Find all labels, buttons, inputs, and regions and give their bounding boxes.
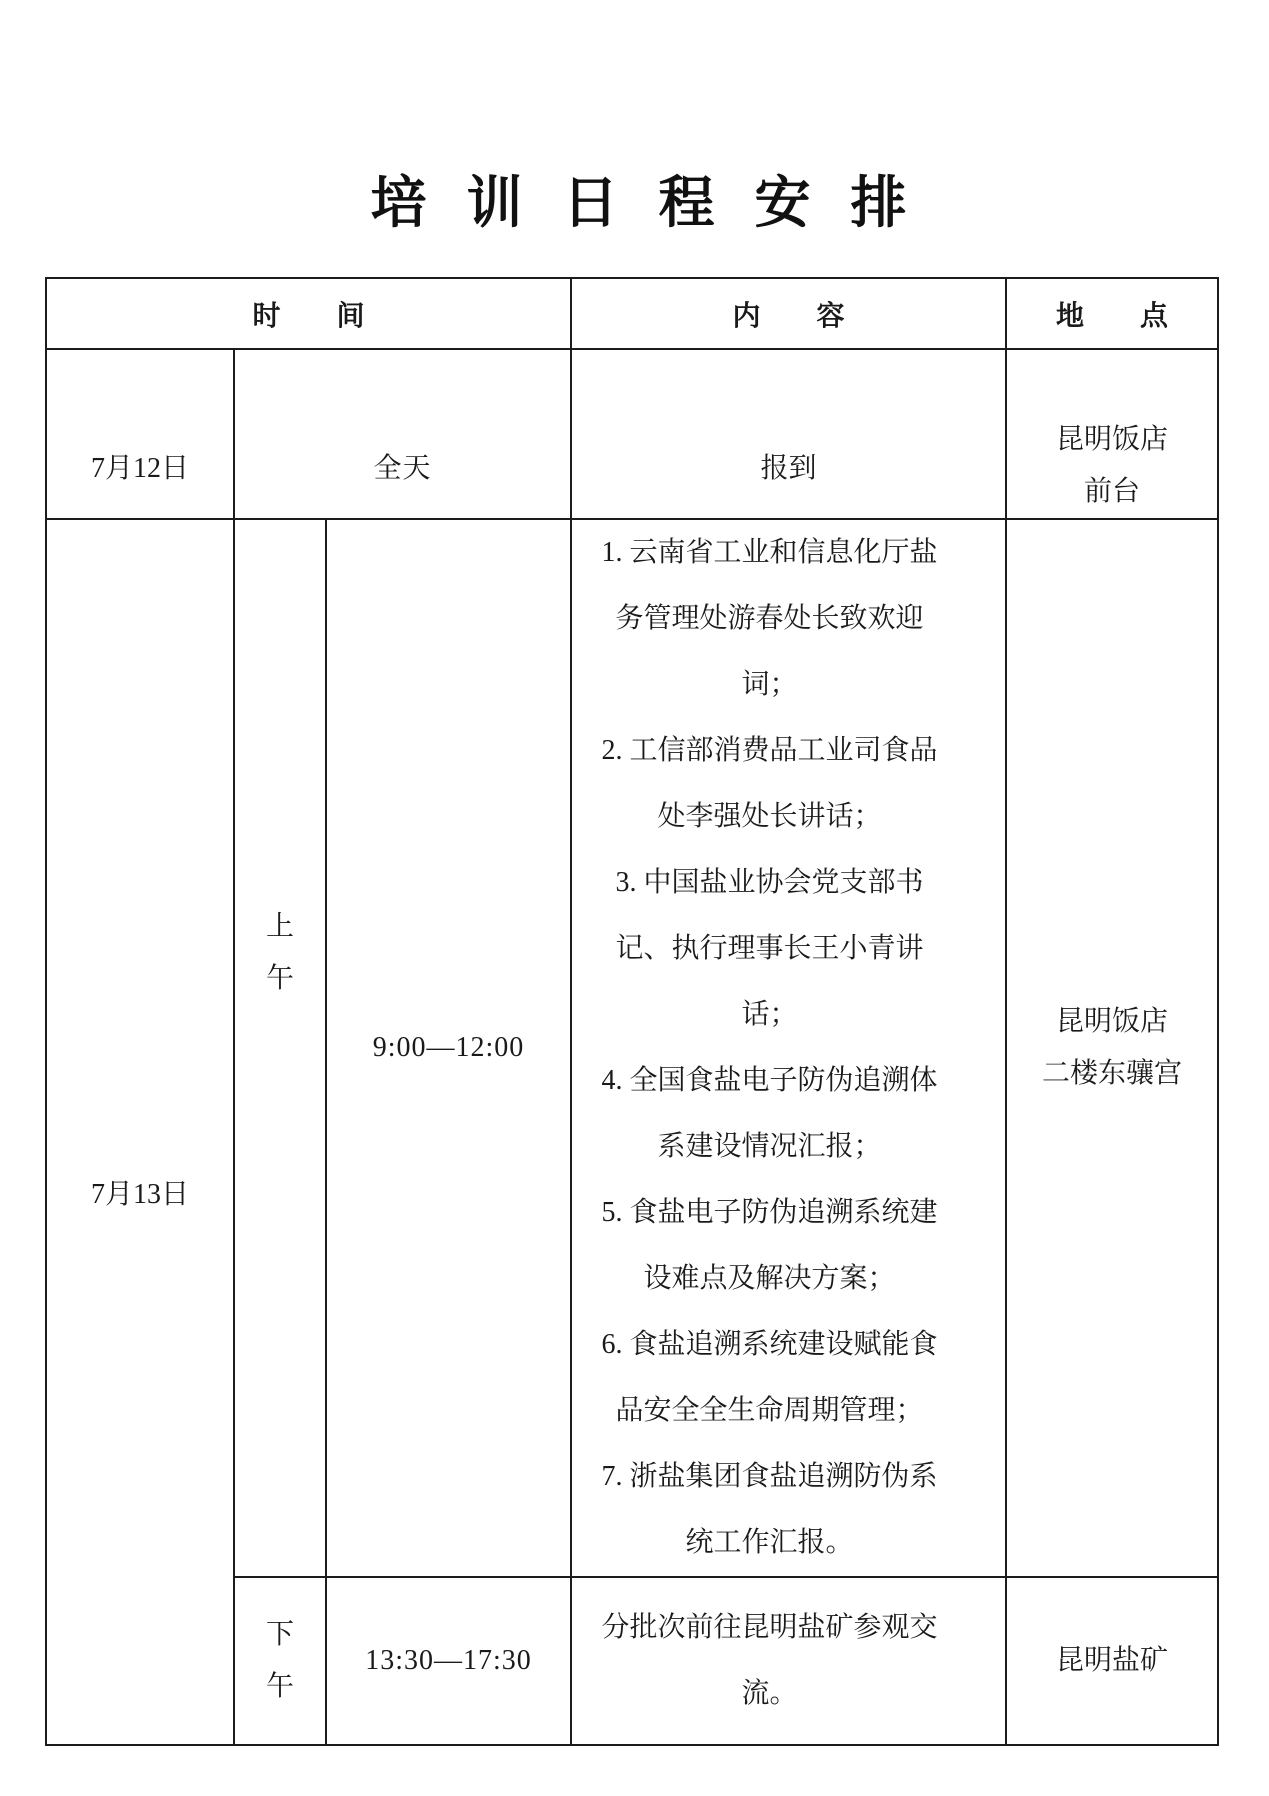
document-page: 培 训 日 程 安 排 时 间 内 容 地 点 7月12日 全天 报到 昆明饭店… (0, 0, 1269, 1796)
col-header-time: 时 间 (46, 278, 571, 349)
cell-location-afternoon: 昆明盐矿 (1006, 1577, 1218, 1745)
agenda-item-5: 5. 食盐电子防伪追溯系统建设难点及解决方案； (588, 1180, 951, 1312)
cell-date-july12: 7月12日 (46, 349, 234, 519)
cell-date-july13: 7月13日 (46, 519, 234, 1745)
agenda-item-7: 7. 浙盐集团食盐追溯防伪系统工作汇报。 (588, 1444, 951, 1576)
cell-period-morning: 上午 (234, 519, 326, 1577)
page-title: 培 训 日 程 安 排 (0, 172, 1269, 236)
location-line: 昆明饭店 (1007, 996, 1217, 1048)
cell-time-afternoon: 13:30—17:30 (326, 1577, 571, 1745)
cell-content-morning: 1. 云南省工业和信息化厅盐务管理处游春处长致欢迎词； 2. 工信部消费品工业司… (571, 519, 1006, 1577)
schedule-table: 时 间 内 容 地 点 7月12日 全天 报到 昆明饭店 前台 7月13日 上午… (45, 277, 1219, 1746)
period-afternoon-label: 下午 (263, 1609, 297, 1713)
cell-location-july12: 昆明饭店 前台 (1006, 349, 1218, 519)
period-morning-label: 上午 (263, 901, 297, 1005)
location-line: 昆明饭店 (1007, 414, 1217, 466)
col-header-location: 地 点 (1006, 278, 1218, 349)
table-header-row: 时 间 内 容 地 点 (46, 278, 1218, 349)
cell-period-afternoon: 下午 (234, 1577, 326, 1745)
agenda-item-6: 6. 食盐追溯系统建设赋能食品安全全生命周期管理； (588, 1312, 951, 1444)
row-july12: 7月12日 全天 报到 昆明饭店 前台 (46, 349, 1218, 519)
cell-content-checkin: 报到 (571, 349, 1006, 519)
cell-content-afternoon: 分批次前往昆明盐矿参观交流。 (571, 1577, 1006, 1745)
col-header-content: 内 容 (571, 278, 1006, 349)
row-july13-morning: 7月13日 上午 9:00—12:00 1. 云南省工业和信息化厅盐务管理处游春… (46, 519, 1218, 1577)
cell-time-allday: 全天 (234, 349, 571, 519)
agenda-item-1: 1. 云南省工业和信息化厅盐务管理处游春处长致欢迎词； (588, 520, 951, 718)
cell-time-morning: 9:00—12:00 (326, 519, 571, 1577)
agenda-item-4: 4. 全国食盐电子防伪追溯体系建设情况汇报； (588, 1048, 951, 1180)
agenda-item-3: 3. 中国盐业协会党支部书记、执行理事长王小青讲话； (588, 850, 951, 1048)
location-line: 二楼东骧宫 (1007, 1048, 1217, 1100)
cell-location-morning: 昆明饭店 二楼东骧宫 (1006, 519, 1218, 1577)
location-line: 前台 (1007, 466, 1217, 518)
agenda-item-2: 2. 工信部消费品工业司食品处李强处长讲话； (588, 718, 951, 850)
